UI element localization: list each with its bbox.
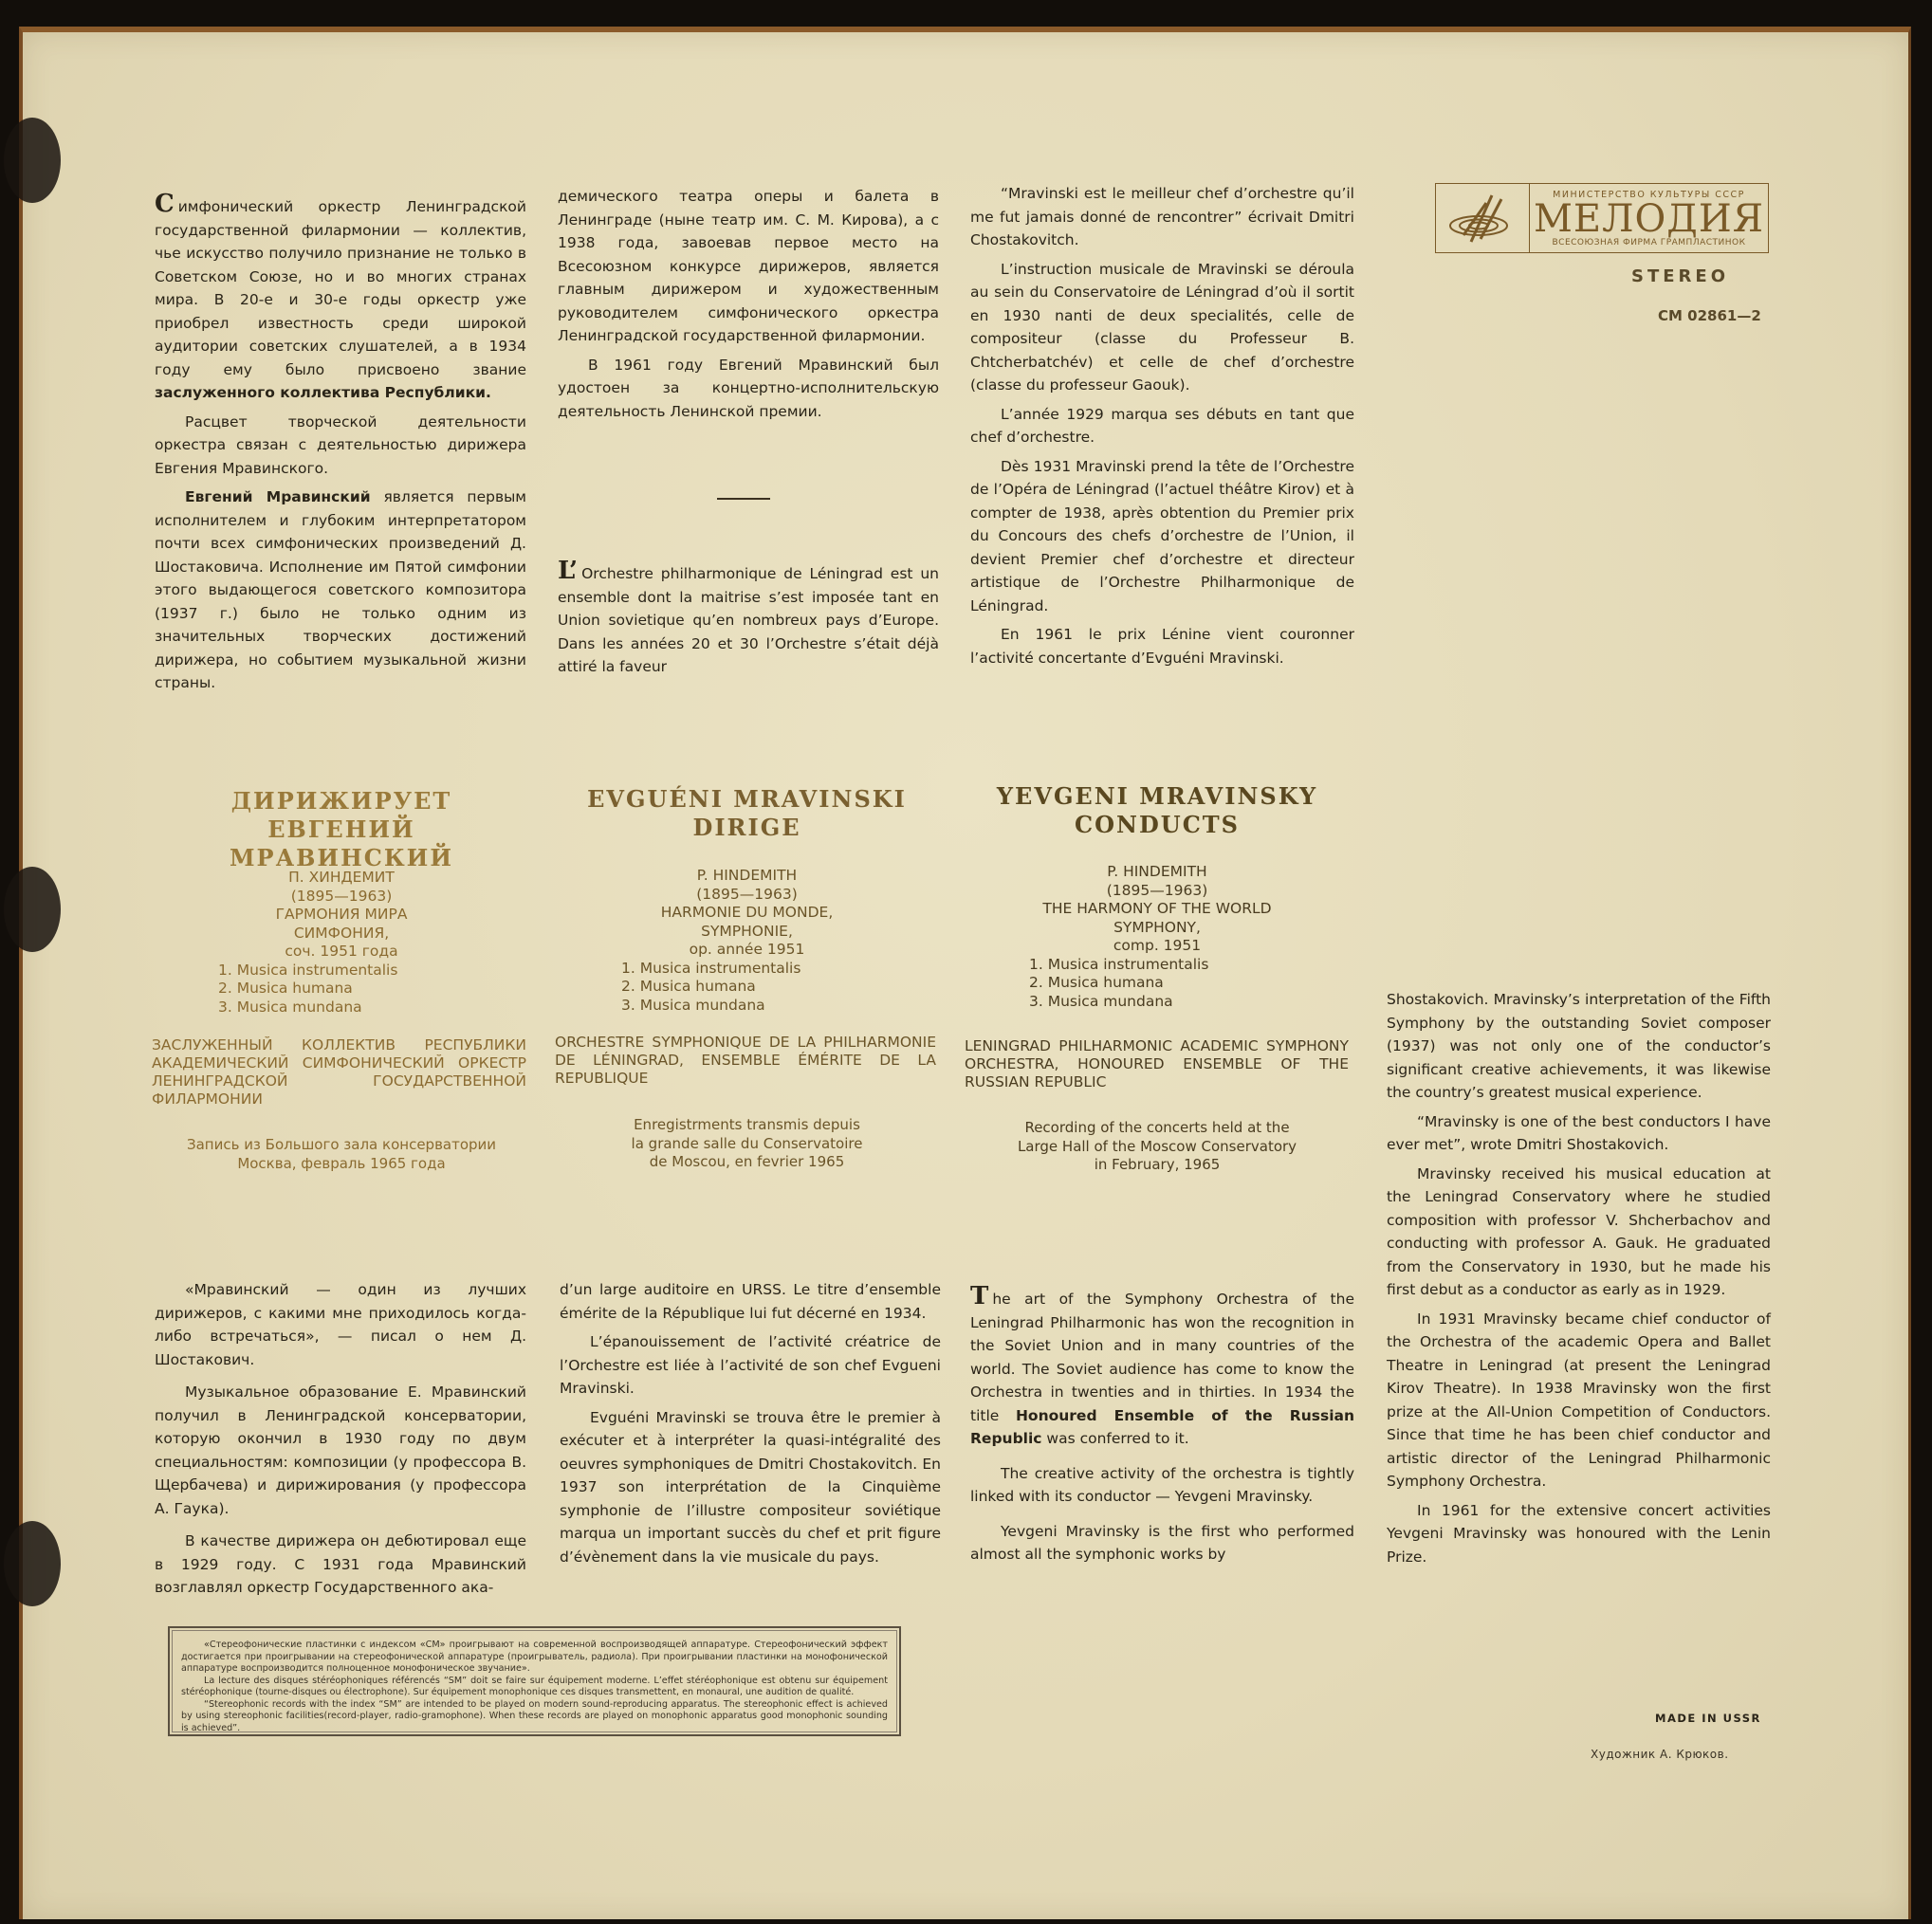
russian-orchestra: ЗАСЛУЖЕННЫЙ КОЛЛЕКТИВ РЕСПУБЛИКИ АКАДЕМИ… xyxy=(152,1036,526,1109)
dropcap: С xyxy=(155,190,175,218)
label-subtitle: ВСЕСОЮЗНАЯ ФИРМА ГРАМПЛАСТИНОК xyxy=(1552,238,1745,247)
dropcap: L’ xyxy=(558,557,578,585)
french-intro: L’Orchestre philharmonique de Léningrad … xyxy=(558,559,939,685)
stereo-badge: STEREO xyxy=(1631,266,1729,286)
artist-credit: Художник А. Крюков. xyxy=(1591,1748,1729,1761)
french-orchestra: ORCHESTRE SYMPHONIQUE DE LA PHILHARMONIE… xyxy=(555,1034,936,1088)
divider xyxy=(717,498,770,500)
catalog-number: СМ 02861—2 xyxy=(1658,307,1761,324)
russian-recording-note: Запись из Большого зала консерватории Мо… xyxy=(152,1136,531,1173)
russian-bottom-text: «Мравинский — один из лучших дирижеров, … xyxy=(155,1278,526,1605)
stereo-notice-box: «Стереофонические пластинки с индексом «… xyxy=(168,1626,901,1736)
french-continued: “Mravinski est le meilleur chef d’orches… xyxy=(970,182,1354,675)
french-recording-note: Enregistrments transmis depuis la grande… xyxy=(555,1116,939,1172)
english-title: YEVGENI MRAVINSKY CONDUCTS xyxy=(963,782,1352,839)
russian-continued: демического театра оперы и балета в Лени… xyxy=(558,185,939,429)
melodiya-emblem-icon xyxy=(1436,184,1530,252)
dropcap: T xyxy=(970,1282,988,1310)
russian-title: ДИРИЖИРУЕТ ЕВГЕНИЙ МРАВИНСКИЙ xyxy=(152,787,531,872)
binder-hole xyxy=(4,1521,61,1606)
label-name: МЕЛОДИЯ xyxy=(1534,200,1764,238)
binder-hole xyxy=(4,118,61,203)
french-bottom-text: d’un large auditoire en URSS. Le titre d… xyxy=(560,1278,941,1574)
english-orchestra: LENINGRAD PHILHARMONIC ACADEMIC SYMPHONY… xyxy=(965,1037,1349,1091)
russian-intro: Симфонический оркестр Ленинградской госу… xyxy=(155,192,526,701)
binder-hole xyxy=(4,867,61,952)
english-intro: The art of the Symphony Orchestra of the… xyxy=(970,1285,1354,1572)
melodiya-logo: МИНИСТЕРСТВО КУЛЬТУРЫ СССР МЕЛОДИЯ ВСЕСО… xyxy=(1435,183,1769,253)
english-work-details: P. HINDEMITH (1895—1963) THE HARMONY OF … xyxy=(963,863,1352,1011)
french-title: EVGUÉNI MRAVINSKI DIRIGE xyxy=(555,785,939,842)
made-in-ussr: MADE IN USSR xyxy=(1655,1712,1761,1725)
english-continued: Shostakovich. Mravinsky’s interpretation… xyxy=(1387,988,1771,1574)
french-work-details: P. HINDEMITH (1895—1963) HARMONIE DU MON… xyxy=(555,867,939,1015)
russian-work-details: П. ХИНДЕМИТ (1895—1963) ГАРМОНИЯ МИРА СИ… xyxy=(152,869,531,1017)
english-recording-note: Recording of the concerts held at the La… xyxy=(963,1119,1352,1175)
